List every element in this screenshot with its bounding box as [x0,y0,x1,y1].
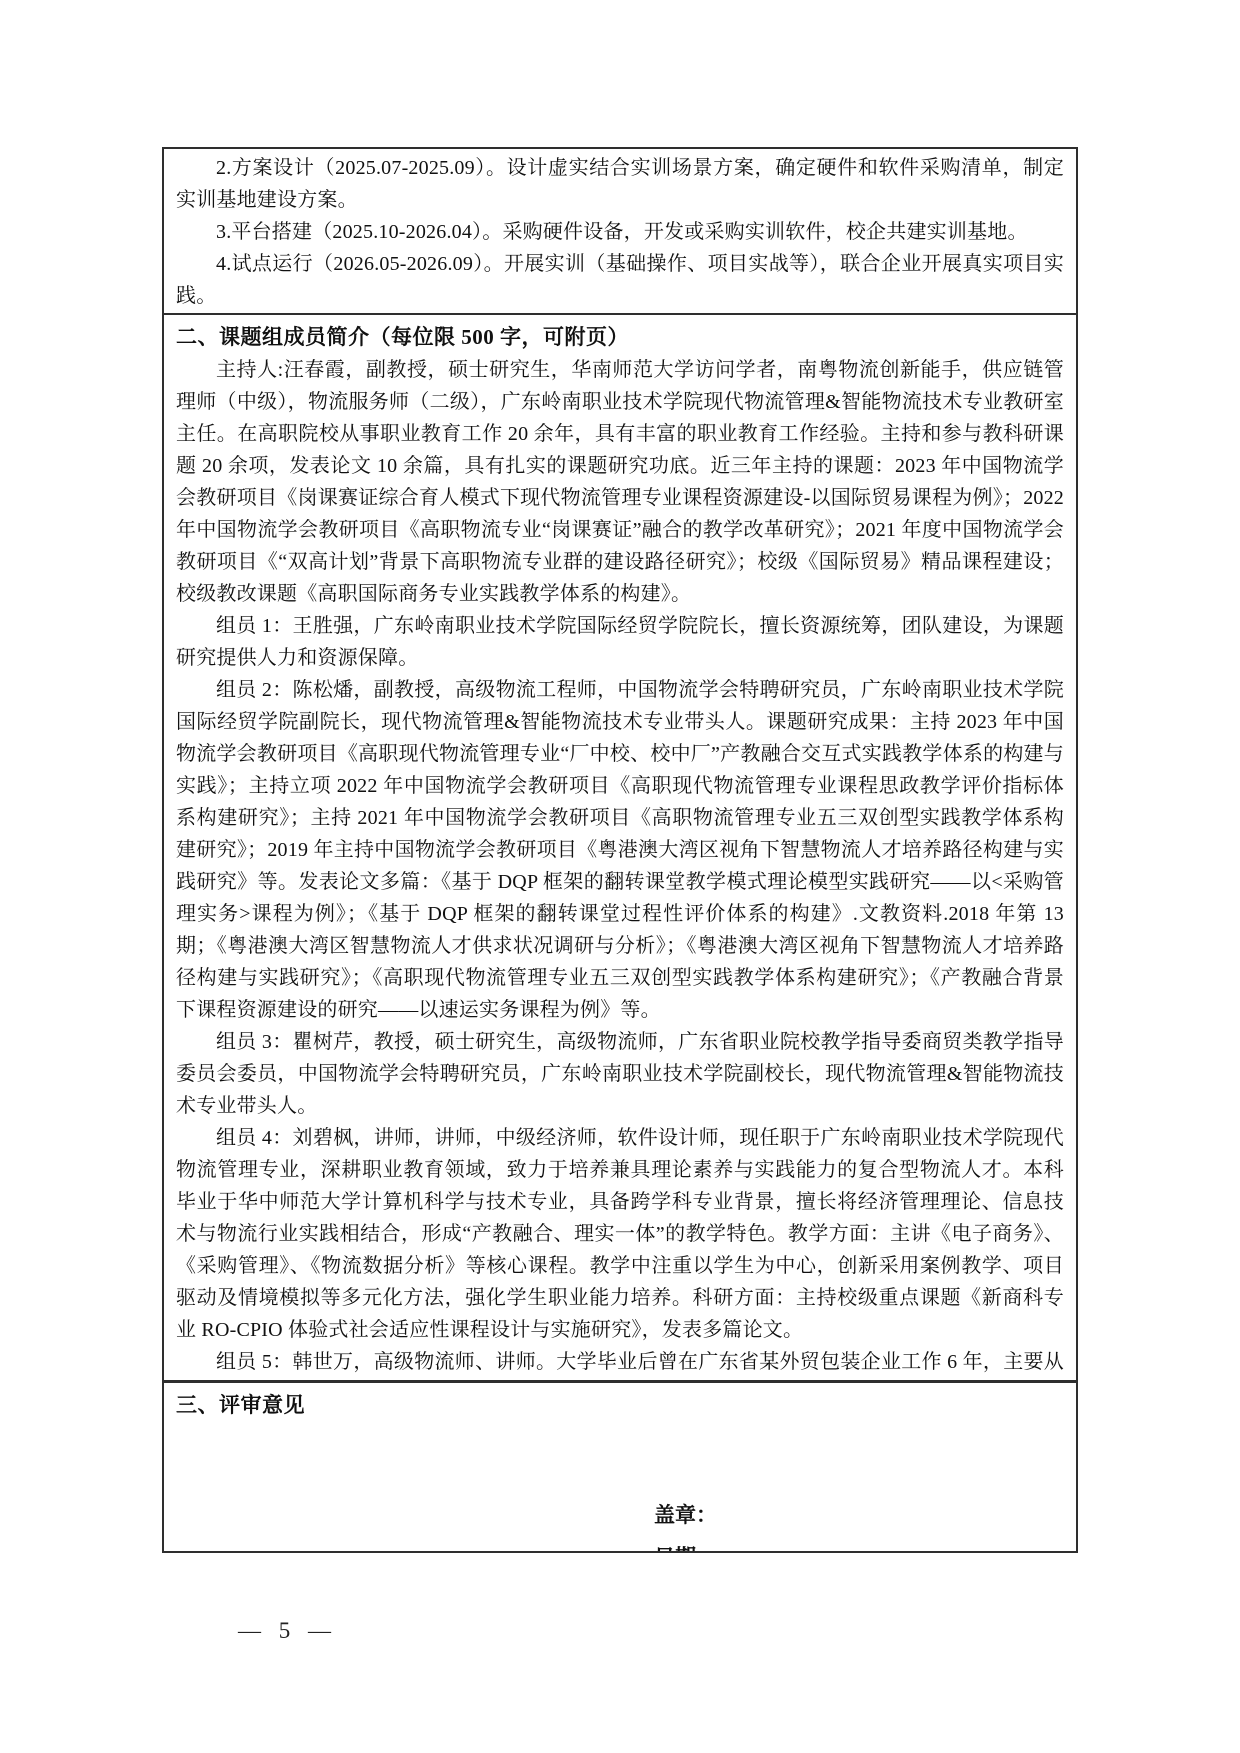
section2-title: 二、课题组成员简介（每位限 500 字，可附页） [176,315,1064,354]
phase-item-4: 4.试点运行（2026.05-2026.09）。开展实训（基础操作、项目实战等）… [176,248,1064,312]
section3-review-opinion: 三、评审意见 盖章： 日期： [164,1380,1076,1551]
document-page: 2.方案设计（2025.07-2025.09）。设计虚实结合实训场景方案，确定硬… [0,0,1240,1753]
seal-date-block: 盖章： 日期： [654,1494,1064,1551]
member-bio-2: 组员 2：陈松燔，副教授，高级物流工程师，中国物流学会特聘研究员，广东岭南职业技… [176,674,1064,1026]
member-bio-4: 组员 4：刘碧枫，讲师，讲师，中级经济师，软件设计师，现任职于广东岭南职业技术学… [176,1122,1064,1346]
section1-implementation-steps: 2.方案设计（2025.07-2025.09）。设计虚实结合实训场景方案，确定硬… [164,149,1076,313]
section3-title: 三、评审意见 [176,1383,1064,1422]
date-label: 日期： [654,1536,1064,1551]
member-bio-host: 主持人:汪春霞，副教授，硕士研究生，华南师范大学访问学者，南粤物流创新能手，供应… [176,354,1064,610]
phase-item-5: 5.优化推广（2026.10-2027.08）。修订课程标准和实训手册，输出实训… [176,312,1064,313]
seal-label: 盖章： [654,1494,1064,1536]
page-number: — 5 — [238,1618,337,1644]
phase-item-2: 2.方案设计（2025.07-2025.09）。设计虚实结合实训场景方案，确定硬… [176,152,1064,216]
member-bio-5: 组员 5：韩世万，高级物流师、讲师。大学毕业后曾在广东省某外贸包装企业工作 6 … [176,1346,1064,1380]
phase-item-3: 3.平台搭建（2025.10-2026.04）。采购硬件设备，开发或采购实训软件… [176,216,1064,248]
section2-team-members: 二、课题组成员简介（每位限 500 字，可附页） 主持人:汪春霞，副教授，硕士研… [164,313,1076,1380]
member-bio-1: 组员 1：王胜强，广东岭南职业技术学院国际经贸学院院长，擅长资源统筹，团队建设，… [176,610,1064,674]
application-form-table: 2.方案设计（2025.07-2025.09）。设计虚实结合实训场景方案，确定硬… [162,147,1078,1553]
member-bio-3: 组员 3：瞿树芹，教授，硕士研究生，高级物流师，广东省职业院校教学指导委商贸类教… [176,1026,1064,1122]
